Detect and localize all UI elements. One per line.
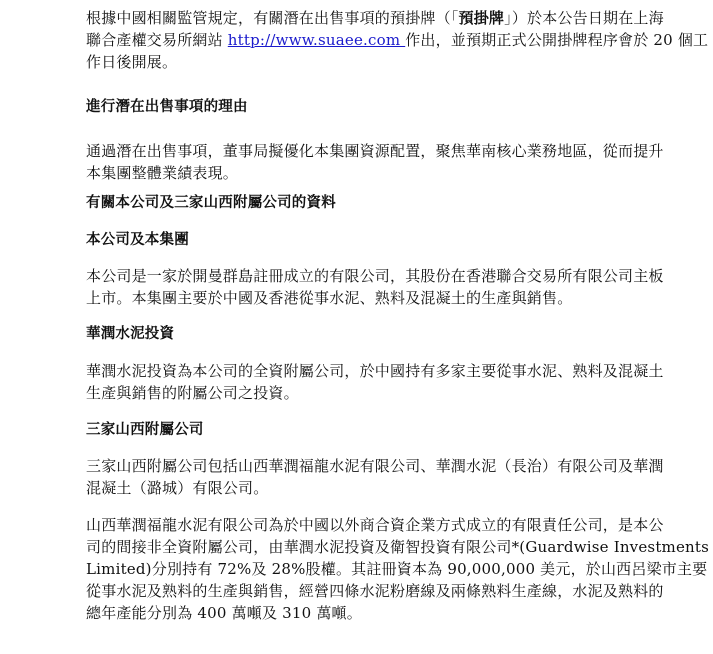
suaee-link[interactable]: http://www.suaee.com	[228, 31, 405, 49]
fulong-line-4: 從事水泥及熟料的生產與銷售，經營四條水泥粉磨線及兩條熟料生產線，水泥及熟料的	[86, 581, 664, 601]
shanxi-line-2: 混凝土（潞城）有限公司。	[86, 478, 268, 498]
heading-info: 有關本公司及三家山西附屬公司的資料	[86, 193, 336, 213]
reasons-line-1: 通過潛在出售事項，董事局擬優化本集團資源配置，聚焦華南核心業務地區，從而提升	[86, 141, 664, 161]
fulong-line-1: 山西華潤福龍水泥有限公司為於中國以外商合資企業方式成立的有限責任公司，是本公	[86, 515, 664, 535]
fulong-line-2: 司的間接非全資附屬公司，由華潤水泥投資及衛智投資有限公司*(Guardwise …	[86, 537, 709, 557]
notice-line-3: 作日後開展。	[86, 52, 177, 72]
cement-line-2: 生產與銷售的附屬公司之投資。	[86, 383, 299, 403]
heading-cement-investment: 華潤水泥投資	[86, 324, 174, 344]
company-line-1: 本公司是一家於開曼群島註冊成立的有限公司，其股份在香港聯合交易所有限公司主板	[86, 266, 664, 286]
heading-company: 本公司及本集團	[86, 230, 189, 250]
company-line-2: 上市。本集團主要於中國及香港從事水泥、熟料及混凝土的生產與銷售。	[86, 288, 572, 308]
reasons-line-2: 本集團整體業績表現。	[86, 163, 238, 183]
heading-shanxi-subsidiaries: 三家山西附屬公司	[86, 420, 204, 440]
cement-line-1: 華潤水泥投資為本公司的全資附屬公司，於中國持有多家主要從事水泥、熟料及混凝土	[86, 361, 664, 381]
shanxi-line-1: 三家山西附屬公司包括山西華潤福龍水泥有限公司、華潤水泥（長治）有限公司及華潤	[86, 456, 664, 476]
fulong-line-3: Limited)分別持有 72%及 28%股權。其註冊資本為 90,000,00…	[86, 559, 707, 579]
defined-term: 預掛牌	[459, 9, 505, 27]
heading-reasons: 進行潛在出售事項的理由	[86, 97, 248, 117]
notice-line-2: 聯合產權交易所網站 http://www.suaee.com 作出，並預期正式公…	[86, 30, 708, 50]
notice-line-1: 根據中國相關監管規定，有關潛在出售事項的預掛牌（「預掛牌」）於本公告日期在上海	[86, 8, 664, 28]
fulong-line-5: 總年產能分別為 400 萬噸及 310 萬噸。	[86, 603, 362, 623]
